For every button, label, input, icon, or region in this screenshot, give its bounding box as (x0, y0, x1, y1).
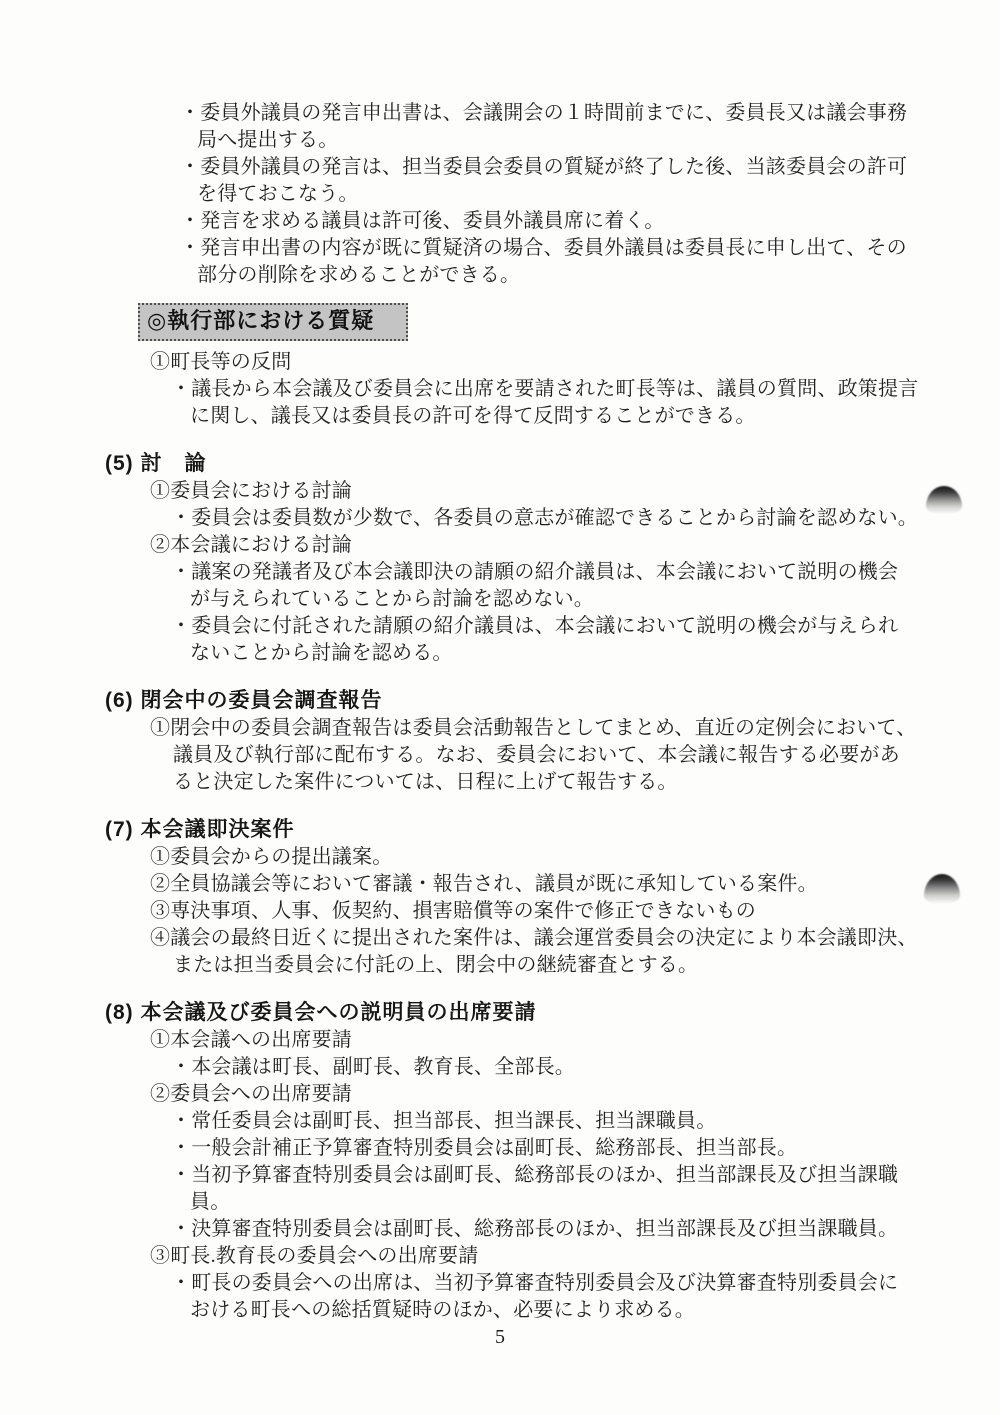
text-line: ①本会議への出席要請 (150, 1027, 1000, 1054)
text-line: ・発言を求める議員は許可後、委員外議員席に着く。 (180, 208, 1000, 235)
text-line: 員。 (190, 1189, 1000, 1216)
text-line: ・常任委員会は副町長、担当部長、担当課長、担当課職員。 (171, 1108, 1000, 1135)
text-line: ・委員会は委員数が少数で、各委員の意志が確認できることから討論を認めない。 (171, 505, 1000, 532)
section-heading: (5) 討 論 (105, 450, 1000, 478)
text-line: おける町長への総括質疑時のほか、必要により求める。 (190, 1297, 1000, 1324)
text-line: ・町長の委員会への出席は、当初予算審査特別委員会及び決算審査特別委員会に (171, 1270, 1000, 1297)
text-line: に関し、議長又は委員長の許可を得て反問することができる。 (190, 403, 1000, 430)
text-line: ・議案の発議者及び本会議即決の請願の紹介議員は、本会議において説明の機会 (171, 559, 1000, 586)
text-line: ・当初予算審査特別委員会は副町長、総務部長のほか、担当部課長及び担当課職 (171, 1162, 1000, 1189)
text-line: が与えられていることから討論を認めない。 (190, 586, 1000, 613)
text-line: ・委員会に付託された請願の紹介議員は、本会議において説明の機会が与えられ (171, 613, 1000, 640)
text-line: ①委員会からの提出議案。 (150, 844, 1000, 871)
text-line: または担当委員会に付託の上、閉会中の継続審査とする。 (173, 952, 1000, 979)
page-number: 5 (0, 1324, 1000, 1351)
document-body: ・委員外議員の発言申出書は、会議開会の１時間前までに、委員長又は議会事務局へ提出… (0, 0, 1000, 1324)
text-line: ・本会議は町長、副町長、教育長、全部長。 (171, 1054, 1000, 1081)
text-line: ①町長等の反問 (150, 349, 1000, 376)
text-line: ないことから討論を認める。 (190, 640, 1000, 667)
text-line: ①委員会における討論 (150, 478, 1000, 505)
text-line: ・決算審査特別委員会は副町長、総務部長のほか、担当部課長及び担当課職員。 (171, 1216, 1000, 1243)
section-heading: (7) 本会議即決案件 (105, 816, 1000, 844)
text-line: ◎執行部における質疑 (138, 303, 1000, 343)
highlighted-heading: ◎執行部における質疑 (138, 303, 408, 341)
text-line: ③町長.教育長の委員会への出席要請 (150, 1243, 1000, 1270)
text-line: ・委員外議員の発言は、担当委員会委員の質疑が終了した後、当該委員会の許可 (180, 154, 1000, 181)
text-line: を得ておこなう。 (197, 181, 1000, 208)
text-line: ②委員会への出席要請 (150, 1081, 1000, 1108)
text-line: 議員及び執行部に配布する。なお、委員会において、本会議に報告する必要があ (173, 742, 1000, 769)
text-line: ・議長から本会議及び委員会に出席を要請された町長等は、議員の質問、政策提言 (171, 376, 1000, 403)
text-line: ると決定した案件については、日程に上げて報告する。 (173, 769, 1000, 796)
text-line: ②本会議における討論 (150, 532, 1000, 559)
document-page: ・委員外議員の発言申出書は、会議開会の１時間前までに、委員長又は議会事務局へ提出… (0, 0, 1000, 1415)
text-line: 部分の削除を求めることができる。 (197, 262, 1000, 289)
section-heading: (8) 本会議及び委員会への説明員の出席要請 (105, 999, 1000, 1027)
text-line: 局へ提出する。 (197, 127, 1000, 154)
text-line: ・発言申出書の内容が既に質疑済の場合、委員外議員は委員長に申し出て、その (180, 235, 1000, 262)
text-line: ・委員外議員の発言申出書は、会議開会の１時間前までに、委員長又は議会事務 (180, 100, 1000, 127)
text-line: ③専決事項、人事、仮契約、損害賠償等の案件で修正できないもの (150, 898, 1000, 925)
section-heading: (6) 閉会中の委員会調査報告 (105, 687, 1000, 715)
text-line: ④議会の最終日近くに提出された案件は、議会運営委員会の決定により本会議即決、 (150, 925, 1000, 952)
text-line: ②全員協議会等において審議・報告され、議員が既に承知している案件。 (150, 871, 1000, 898)
text-line: ①閉会中の委員会調査報告は委員会活動報告としてまとめ、直近の定例会において、 (150, 715, 1000, 742)
text-line: ・一般会計補正予算審査特別委員会は副町長、総務部長、担当部長。 (171, 1135, 1000, 1162)
